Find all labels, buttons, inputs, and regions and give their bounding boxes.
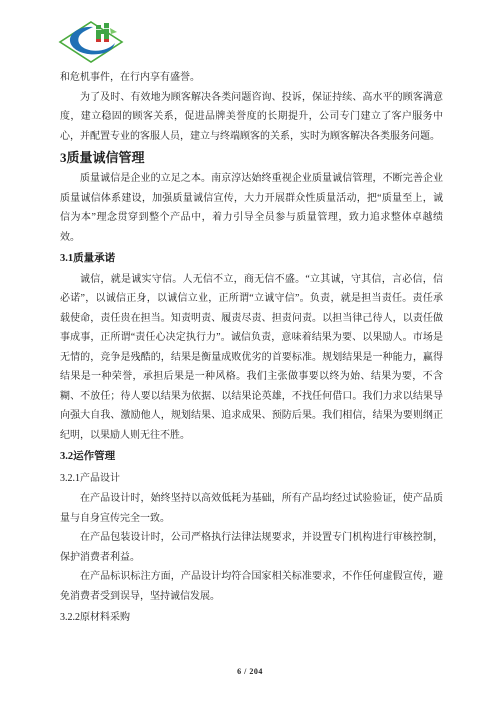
paragraph: 诚信，就是诚实守信。人无信不立，商无信不盛。“立其诚，守其信，言必信，信必诺”，… <box>60 270 443 446</box>
paragraph: 在产品标识标注方面，产品设计均符合国家相关标准要求，不作任何虚假宣传，避免消费者… <box>60 567 443 606</box>
section-heading: 3.1质量承诺 <box>60 249 443 269</box>
company-logo <box>58 20 124 64</box>
chapter-heading: 3质量诚信管理 <box>60 147 443 168</box>
subsection-heading: 3.2.1产品设计 <box>60 469 443 489</box>
section-heading: 3.2运作管理 <box>60 447 443 467</box>
paragraph: 在产品设计时，始终坚持以高效低耗为基础，所有产品均经过试验验证，使产品质量与自身… <box>60 489 443 528</box>
subsection-heading: 3.2.2原材料采购 <box>60 608 443 628</box>
document-content: 和危机事件，在行内享有盛誉。为了及时、有效地为顾客解决各类问题咨询、投诉，保证持… <box>60 20 443 629</box>
paragraph: 在产品包装设计时，公司严格执行法律法规要求，并设置专门机构进行审核控制，保护消费… <box>60 528 443 567</box>
page-number: 6 / 204 <box>0 667 500 676</box>
company-logo-icon <box>58 20 124 64</box>
paragraph: 质量诚信是企业的立足之本。南京淳达始终重视企业质量诚信管理，不断完善企业质量诚信… <box>60 169 443 247</box>
document-body: 和危机事件，在行内享有盛誉。为了及时、有效地为顾客解决各类问题咨询、投诉，保证持… <box>60 68 443 628</box>
paragraph: 为了及时、有效地为顾客解决各类问题咨询、投诉，保证持续、高水平的顾客满意度，建立… <box>60 88 443 147</box>
paragraph: 和危机事件，在行内享有盛誉。 <box>60 68 443 88</box>
document-page: 和危机事件，在行内享有盛誉。为了及时、有效地为顾客解决各类问题咨询、投诉，保证持… <box>0 0 500 703</box>
